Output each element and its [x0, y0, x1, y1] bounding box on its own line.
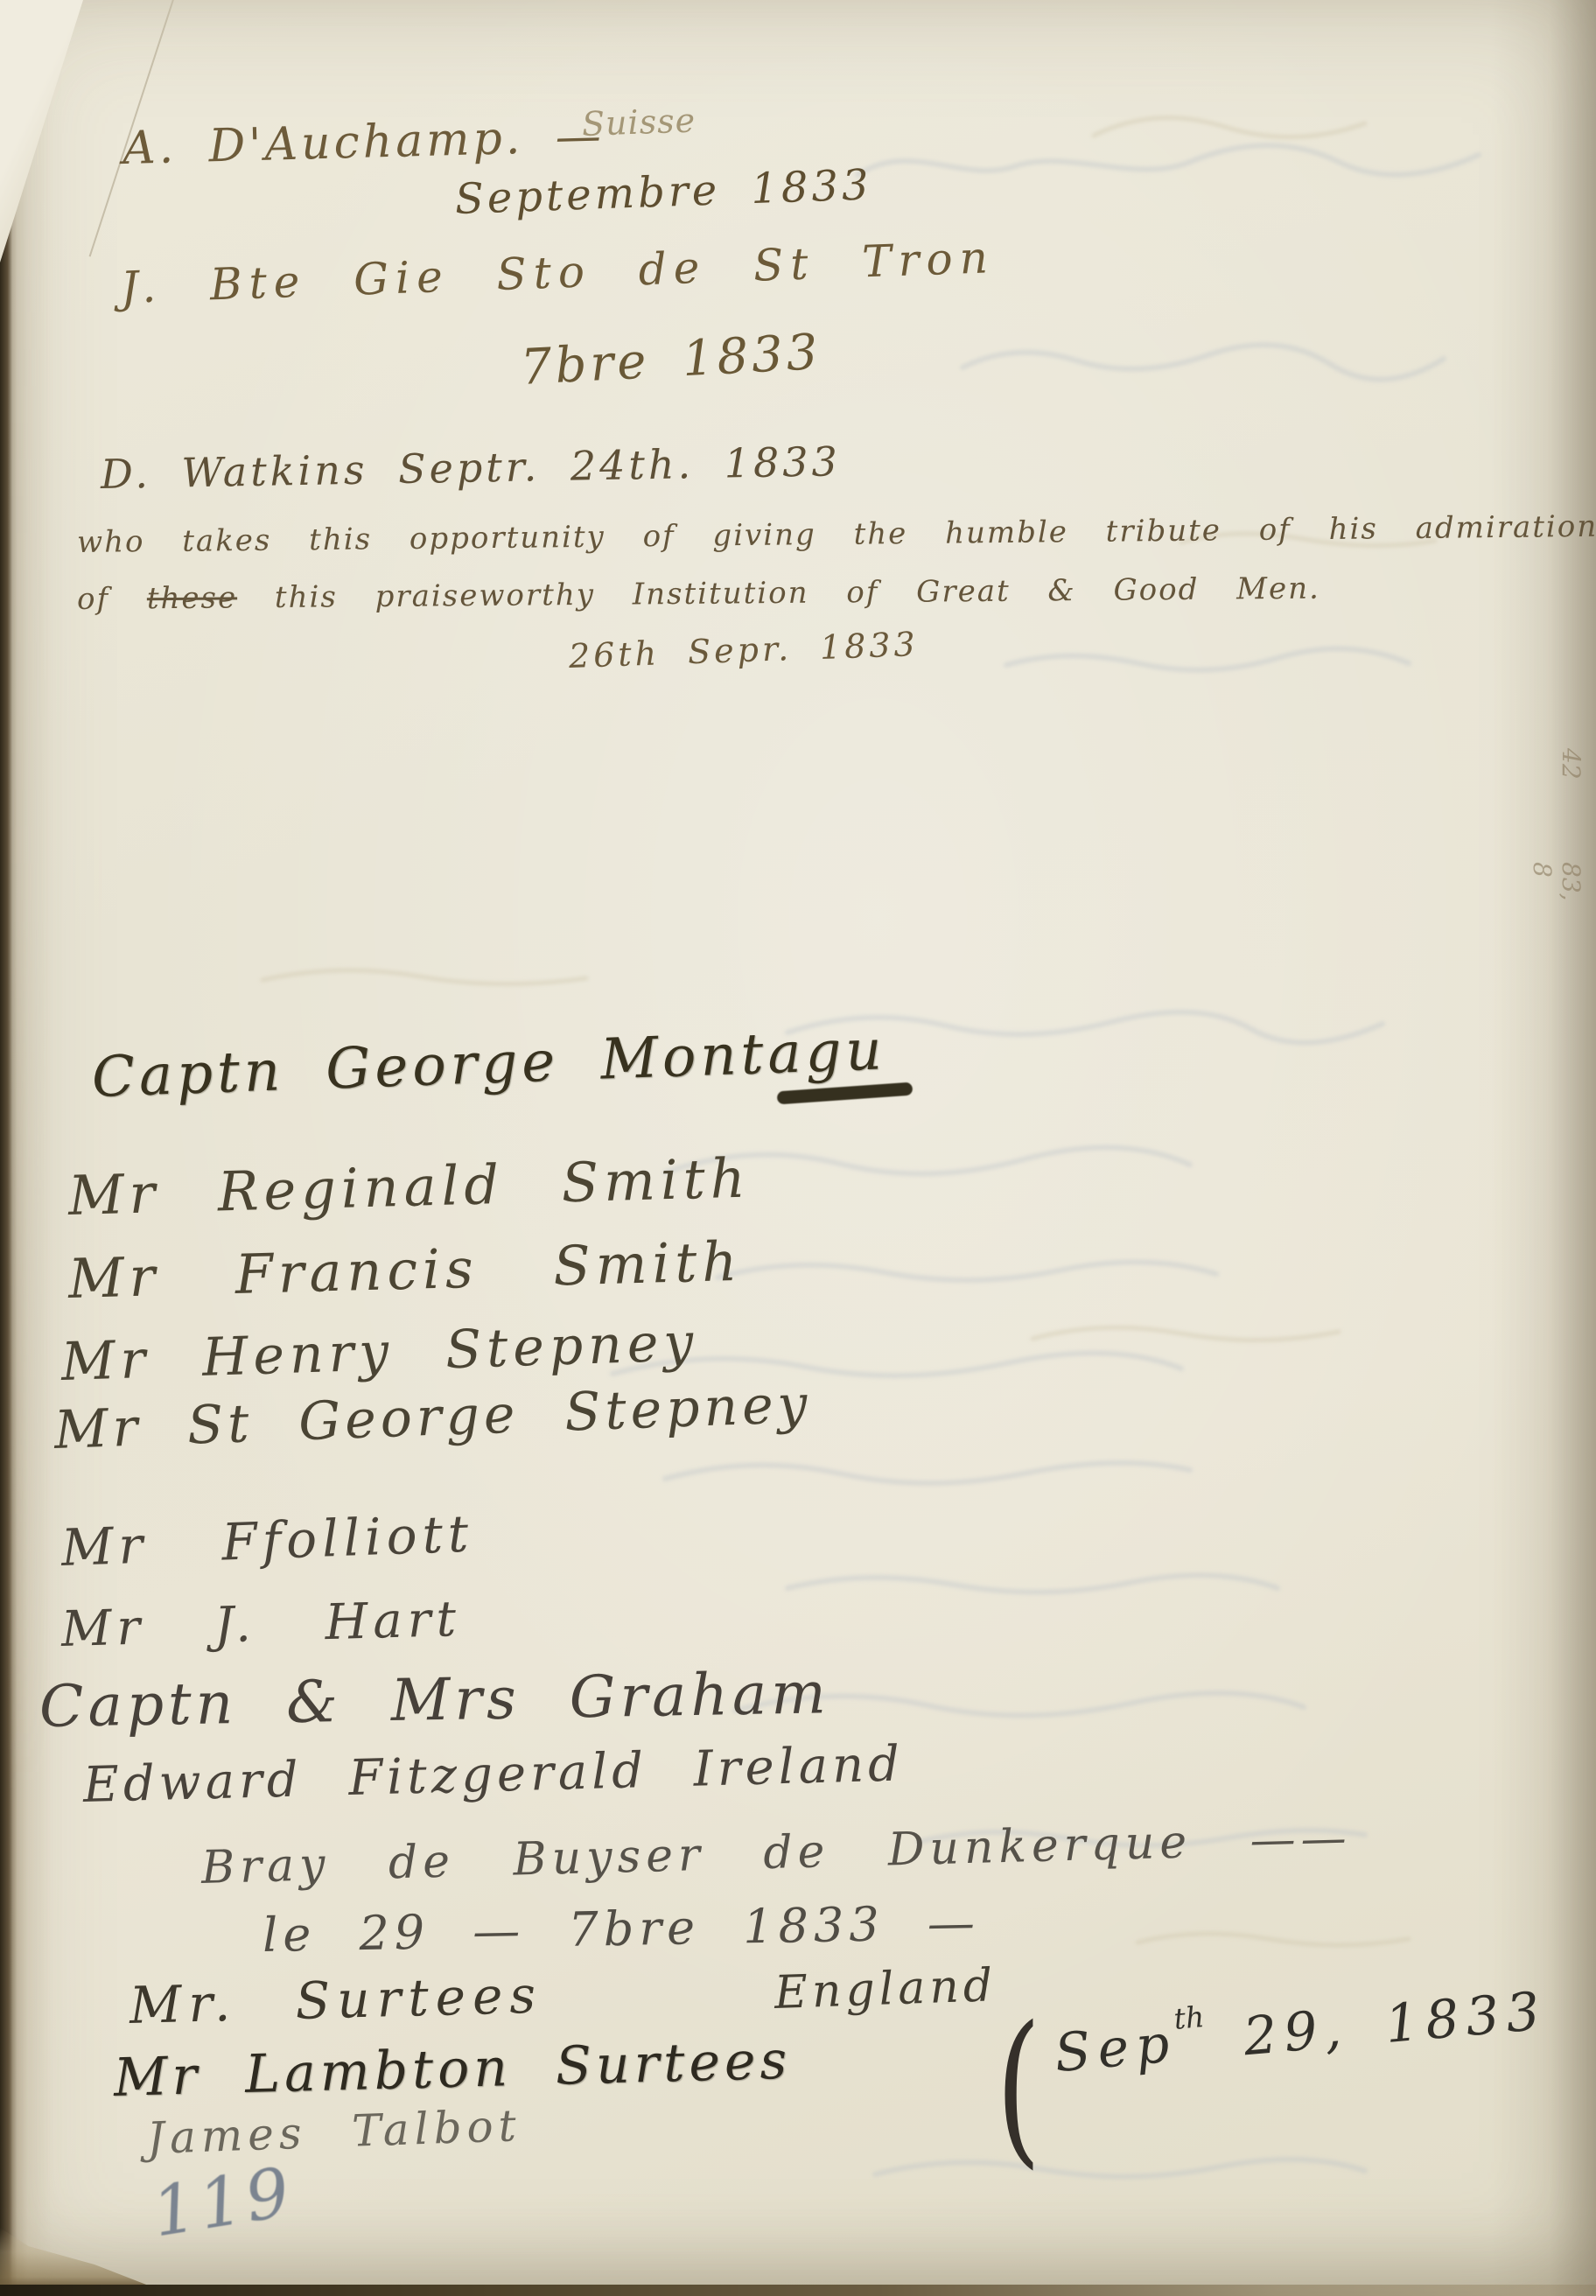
- entry-montagu: Captn George Montagu: [91, 1018, 887, 1110]
- entry-lambton-surtees: Mr Lambton Surtees: [113, 2030, 792, 2109]
- watkins-note2-rest: this praiseworthy Institution of Great &…: [275, 571, 1320, 615]
- surtees-date-rest: 29, 1833: [1203, 1980, 1549, 2071]
- entry-date-26-sep-1833: 26th Sepr. 1833: [568, 625, 919, 675]
- page-corner-fold: [0, 0, 83, 262]
- book-spine-shadow: [0, 0, 51, 2296]
- visitor-book-page: A. D'Auchamp. — Suisse Septembre 1833 J.…: [0, 0, 1596, 2296]
- entry-surtees-date: Septh 29, 1833: [1051, 1970, 1549, 2084]
- entry-surtees-place: England: [773, 1959, 997, 2019]
- entry-date-september-1833: Septembre 1833: [454, 160, 872, 224]
- watkins-note2-prefix: of: [77, 582, 109, 617]
- entry-hart: Mr J. Hart: [60, 1591, 462, 1658]
- entry-auchamp-place: Suisse: [581, 101, 696, 143]
- entry-surtees: Mr. Surtees: [129, 1965, 543, 2035]
- page-right-curvature: [1491, 0, 1596, 2296]
- entry-st-tron: J. Bte Gie Sto de St Tron: [120, 232, 996, 313]
- surtees-date-superscript: th: [1172, 1999, 1206, 2036]
- entry-watkins-note-line2: of these this praiseworthy Institution o…: [77, 571, 1320, 617]
- entry-watkins-note-line1: who takes this opportunity of giving the…: [77, 509, 1596, 560]
- entry-francis-smith: Mr Francis Smith: [67, 1229, 743, 1311]
- watkins-note2-struck-word: these: [147, 580, 238, 616]
- entry-watkins: D. Watkins Septr. 24th. 1833: [101, 437, 842, 498]
- entry-bray-date: le 29 — 7bre 1833 —: [262, 1895, 980, 1963]
- stacked-page-edges: [0, 2228, 157, 2289]
- entry-fitzgerald: Edward Fitzgerald Ireland: [82, 1735, 905, 1814]
- entry-date-7bre-1833: 7bre 1833: [519, 324, 822, 396]
- entry-reginald-smith: Mr Reginald Smith: [67, 1146, 751, 1228]
- page-number-pencil: 119: [147, 2152, 298, 2252]
- entry-auchamp: A. D'Auchamp. —: [122, 110, 605, 175]
- book-spine-edge: [0, 0, 12, 2296]
- entry-bray-de-buyser: Bray de Buyser de Dunkerque ——: [200, 1812, 1352, 1894]
- entry-graham: Captn & Mrs Graham: [38, 1659, 830, 1740]
- margin-note-83: 83, 8: [1528, 862, 1585, 901]
- surtees-date-brace: (: [996, 1991, 1041, 2184]
- entry-james-talbot: James Talbot: [146, 2100, 522, 2164]
- entry-ffolliott: Mr Ffolliott: [60, 1504, 474, 1578]
- surtees-date-sep: Sep: [1052, 2012, 1179, 2084]
- page-bottom-edge: [0, 2285, 1596, 2296]
- margin-note-42: 42: [1557, 748, 1585, 780]
